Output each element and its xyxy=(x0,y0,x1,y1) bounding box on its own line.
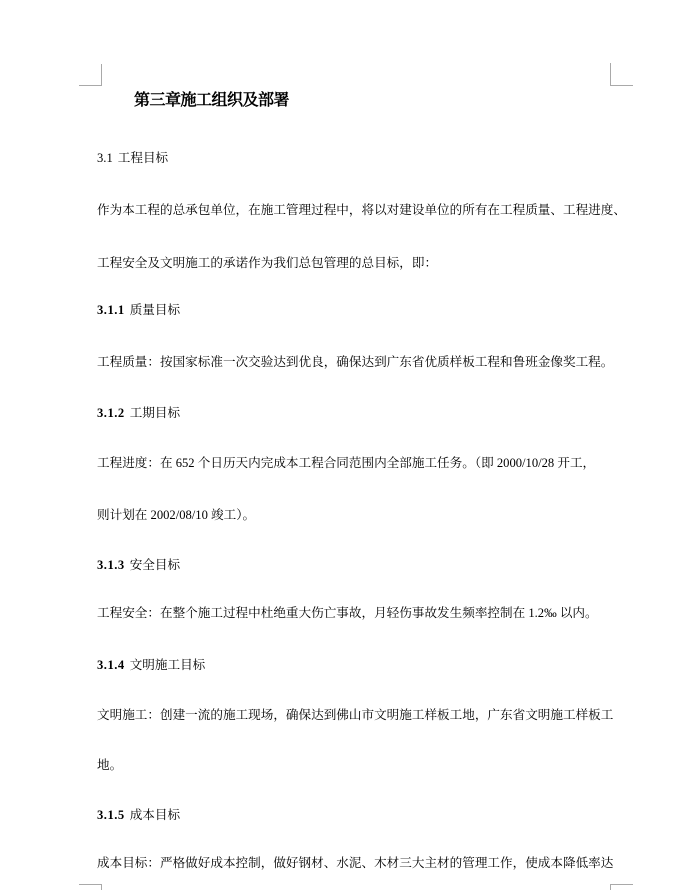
section-number: 3.1 xyxy=(97,151,113,165)
body-line: 文明施工：创建一流的施工现场，确保达到佛山市文明施工样板工地，广东省文明施工样板… xyxy=(97,708,613,722)
crop-mark-top-right-icon xyxy=(610,63,633,86)
section-label: 工程目标 xyxy=(118,151,168,165)
body-line: 工程安全及文明施工的承诺作为我们总包管理的总目标，即： xyxy=(97,256,437,270)
subsection-heading: 3.1.4文明施工目标 xyxy=(97,658,205,672)
body-line: 地。 xyxy=(97,758,122,772)
subsection-number: 3.1.1 xyxy=(97,303,125,317)
body-line: 则计划在 2002/08/10 竣工）。 xyxy=(97,508,255,522)
subsection-label: 质量目标 xyxy=(130,303,180,317)
crop-mark-top-left-icon xyxy=(79,64,102,86)
subsection-number: 3.1.5 xyxy=(97,808,125,822)
crop-mark-bottom-right-icon xyxy=(610,884,633,890)
subsection-heading: 3.1.5成本目标 xyxy=(97,808,180,822)
chapter-title: 第三章施工组织及部署 xyxy=(134,92,289,110)
section-heading: 3.1工程目标 xyxy=(97,151,168,165)
subsection-number: 3.1.2 xyxy=(97,406,125,420)
body-line: 工程质量：按国家标准一次交验达到优良，确保达到广东省优质样板工程和鲁班金像奖工程… xyxy=(97,355,613,369)
subsection-label: 工期目标 xyxy=(130,406,180,420)
body-line: 工程进度：在 652 个日历天内完成本工程合同范围内全部施工任务。（即 2000… xyxy=(97,456,595,470)
subsection-heading: 3.1.1质量目标 xyxy=(97,303,180,317)
body-line: 作为本工程的总承包单位，在施工管理过程中，将以对建设单位的所有在工程质量、工程进… xyxy=(97,203,626,217)
subsection-label: 成本目标 xyxy=(130,808,180,822)
document-page: 第三章施工组织及部署 3.1工程目标 作为本工程的总承包单位，在施工管理过程中，… xyxy=(0,0,676,890)
subsection-heading: 3.1.3安全目标 xyxy=(97,558,180,572)
subsection-number: 3.1.4 xyxy=(97,658,125,672)
subsection-label: 文明施工目标 xyxy=(130,658,206,672)
crop-mark-bottom-left-icon xyxy=(79,884,102,890)
body-line: 成本目标：严格做好成本控制，做好钢材、水泥、木材三大主材的管理工作，使成本降低率… xyxy=(97,856,613,870)
subsection-heading: 3.1.2工期目标 xyxy=(97,406,180,420)
subsection-number: 3.1.3 xyxy=(97,558,125,572)
body-line: 工程安全：在整个施工过程中杜绝重大伤亡事故，月轻伤事故发生频率控制在 1.2‰ … xyxy=(97,606,598,620)
subsection-label: 安全目标 xyxy=(130,558,180,572)
